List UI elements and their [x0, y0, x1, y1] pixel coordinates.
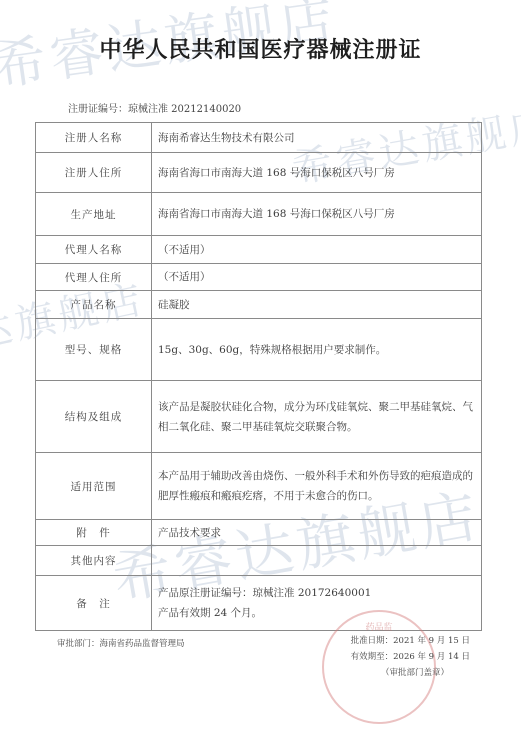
- expiry-date: 有效期至：2026 年 9 月 14 日: [330, 649, 470, 665]
- field-value: 15g、30g、60g，特殊规格根据用户要求制作。: [152, 319, 482, 381]
- certificate-title: 中华人民共和国医疗器械注册证: [0, 33, 521, 64]
- registration-number-label: 注册证编号：: [68, 104, 128, 115]
- approval-info: 批准日期：2021 年 9 月 15 日 有效期至：2026 年 9 月 14 …: [330, 633, 470, 681]
- remark-line: 产品原注册证编号：琼械注准 20172640001: [158, 583, 475, 603]
- table-row: 注册人名称海南希睿达生物技术有限公司: [36, 123, 482, 153]
- field-label: 适用范围: [36, 453, 152, 520]
- field-label: 注册人名称: [36, 123, 152, 153]
- field-value: 海南省海口市南海大道 168 号海口保税区八号厂房: [152, 153, 482, 193]
- table-row: 适用范围本产品用于辅助改善由烧伤、一般外科手术和外伤导致的疤痕造成的肥厚性瘢痕和…: [36, 453, 482, 520]
- table-row: 结构及组成该产品是凝胶状硅化合物，成分为环戊硅氧烷、聚二甲基硅氧烷、气相二氧化硅…: [36, 381, 482, 453]
- registration-number: 注册证编号：琼械注准 20212140020: [68, 100, 241, 115]
- seal-text: 药品监: [324, 620, 434, 633]
- field-label: 代理人住所: [36, 264, 152, 291]
- field-label: 型号、规格: [36, 319, 152, 381]
- field-value: （不适用）: [152, 236, 482, 264]
- field-label: 产品名称: [36, 291, 152, 319]
- field-label: 代理人名称: [36, 236, 152, 264]
- approval-date: 批准日期：2021 年 9 月 15 日: [330, 633, 470, 649]
- seal-note: （审批部门盖章）: [330, 665, 470, 681]
- table-row: 代理人名称（不适用）: [36, 236, 482, 264]
- table-row: 生产地址海南省海口市南海大道 168 号海口保税区八号厂房: [36, 193, 482, 236]
- field-label: 结构及组成: [36, 381, 152, 453]
- field-value: （不适用）: [152, 264, 482, 291]
- field-label: 注册人住所: [36, 153, 152, 193]
- field-value: 该产品是凝胶状硅化合物，成分为环戊硅氧烷、聚二甲基硅氧烷、气相二氧化硅、聚二甲基…: [152, 381, 482, 453]
- table-row: 附 件产品技术要求: [36, 520, 482, 546]
- field-value: 海南省海口市南海大道 168 号海口保税区八号厂房: [152, 193, 482, 236]
- field-label: 生产地址: [36, 193, 152, 236]
- field-value: 硅凝胶: [152, 291, 482, 319]
- field-value: 产品技术要求: [152, 520, 482, 546]
- table-row: 产品名称硅凝胶: [36, 291, 482, 319]
- table-row: 其他内容: [36, 546, 482, 576]
- field-value: 本产品用于辅助改善由烧伤、一般外科手术和外伤导致的疤痕造成的肥厚性瘢痕和瘢痕疙瘩…: [152, 453, 482, 520]
- field-value: 海南希睿达生物技术有限公司: [152, 123, 482, 153]
- certificate-table: 注册人名称海南希睿达生物技术有限公司 注册人住所海南省海口市南海大道 168 号…: [35, 122, 482, 631]
- table-row: 注册人住所海南省海口市南海大道 168 号海口保税区八号厂房: [36, 153, 482, 193]
- field-label: 备 注: [36, 576, 152, 631]
- field-label: 附 件: [36, 520, 152, 546]
- approval-department: 审批部门：海南省药品监督管理局: [57, 637, 185, 649]
- table-row: 型号、规格15g、30g、60g，特殊规格根据用户要求制作。: [36, 319, 482, 381]
- table-row: 代理人住所（不适用）: [36, 264, 482, 291]
- registration-number-value: 琼械注准 20212140020: [128, 104, 241, 115]
- field-value: [152, 546, 482, 576]
- field-label: 其他内容: [36, 546, 152, 576]
